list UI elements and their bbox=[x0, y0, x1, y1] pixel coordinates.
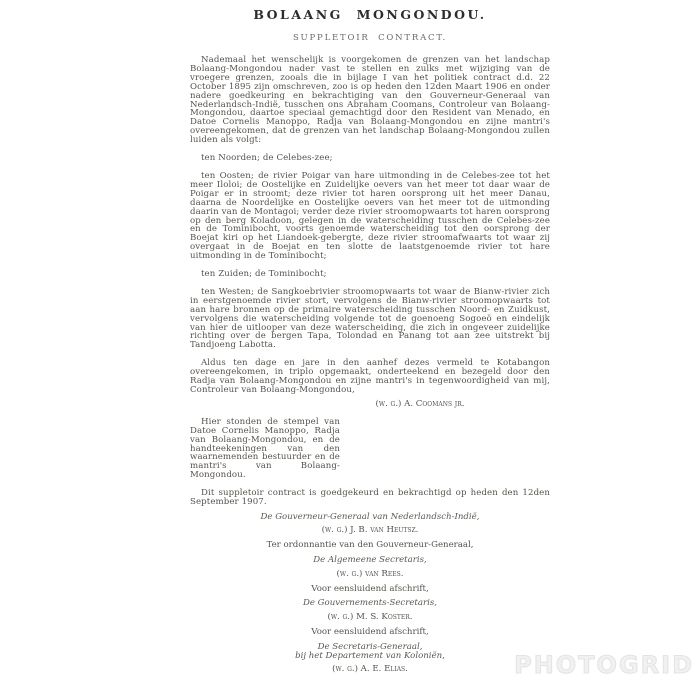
signature-block: De Gouverneur-Generaal van Nederlandsch-… bbox=[190, 513, 550, 674]
document-page: BOLAANG MONGONDOU. SUPPLETOIR CONTRACT. … bbox=[190, 0, 550, 674]
signature-controleur: (w. g.) A. Coomans jr. bbox=[190, 400, 550, 409]
signature-name-van-rees: (w. g.) van Rees. bbox=[190, 570, 550, 579]
signature-role-gouverneur-generaal: De Gouverneur-Generaal van Nederlandsch-… bbox=[190, 513, 550, 522]
signature-name-van-heutsz: (w. g.) J. B. van Heutsz. bbox=[190, 526, 550, 535]
document-title: BOLAANG MONGONDOU. bbox=[190, 7, 550, 22]
signature-role-algemeene-secretaris: De Algemeene Secretaris, bbox=[190, 556, 550, 565]
photogrid-watermark: PHOTOGRID bbox=[514, 651, 694, 679]
paragraph-boundary-east: ten Oosten; de rivier Poigar van hare ui… bbox=[190, 172, 550, 261]
signature-name-elias: (w. g.) A. E. Elias. bbox=[190, 665, 550, 674]
paragraph-preamble: Nademaal het wenschelijk is voorgekomen … bbox=[190, 56, 550, 145]
paragraph-boundary-south: ten Zuiden; de Tominibocht; bbox=[190, 270, 550, 279]
signature-afschrift-2: Voor eensluidend afschrift, bbox=[190, 628, 550, 637]
paragraph-boundary-west: ten Westen; de Sangkoebrivier stroomopwa… bbox=[190, 288, 550, 350]
signature-name-koster: (w. g.) M. S. Koster. bbox=[190, 613, 550, 622]
paragraph-boundary-north: ten Noorden; de Celebes-zee; bbox=[190, 154, 550, 163]
paragraph-approval: Dit suppletoir contract is goedgekeurd e… bbox=[190, 489, 550, 507]
signature-role-secretaris-generaal-line2: bij het Departement van Koloniën, bbox=[190, 652, 550, 661]
signature-afschrift-1: Voor eensluidend afschrift, bbox=[190, 585, 550, 594]
signature-role-gouvernements-secretaris: De Gouvernements-Secretaris, bbox=[190, 599, 550, 608]
paragraph-stamp-note: Hier stonden de stempel van Datoe Cornel… bbox=[190, 418, 340, 480]
document-subtitle: SUPPLETOIR CONTRACT. bbox=[190, 33, 550, 43]
signature-ordonnantie: Ter ordonnantie van den Gouverneur-Gener… bbox=[190, 541, 550, 550]
paragraph-closing: Aldus ten dage en jare in den aanhef dez… bbox=[190, 359, 550, 395]
